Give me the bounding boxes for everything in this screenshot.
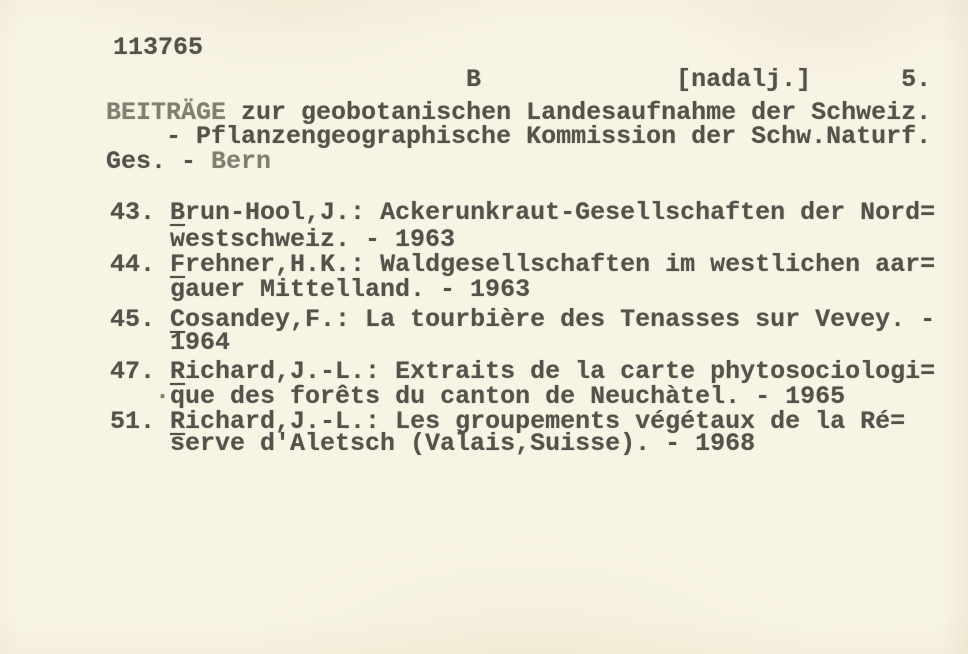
underlined-author-initial: B [170,198,185,227]
filing-row: B [nadalj.] 5. [106,67,931,93]
catalog-card: 113765 B [nadalj.] 5.BEITRÄGE zur geobot… [0,0,968,654]
text-segment: 113765 [113,33,203,62]
text-segment: 1964 [110,328,230,357]
text-segment: run-Hool,J.: Ackerunkraut-Gesellschaften… [185,198,935,227]
text-segment: osandey,F.: La tourbière des Tenasses su… [185,305,935,334]
entry-44-line-2: gauer Mittelland. - 1963 [110,277,530,303]
entry-43-line-1: 43. Brun-Hool,J.: Ackerunkraut-Gesellsch… [110,200,935,226]
entry-45-line-1: 45. Cosandey,F.: La tourbière des Tenass… [110,307,935,333]
series-title-line-3: Ges. - Bern [106,149,271,175]
call-number: 113765 [113,35,203,61]
text-segment: Ges. - [106,147,211,176]
text-segment: B [nadalj.] 5. [106,65,931,94]
entry-45-line-2: 1964 [110,330,230,356]
text-segment: gauer Mittelland. - 1963 [110,275,530,304]
entry-51-line-2: serve d'Aletsch (Valais,Suisse). - 1968 [110,431,755,457]
text-segment: serve d'Aletsch (Valais,Suisse). - 1968 [110,429,755,458]
text-segment: Bern [211,147,271,176]
text-segment: 43. [110,198,170,227]
